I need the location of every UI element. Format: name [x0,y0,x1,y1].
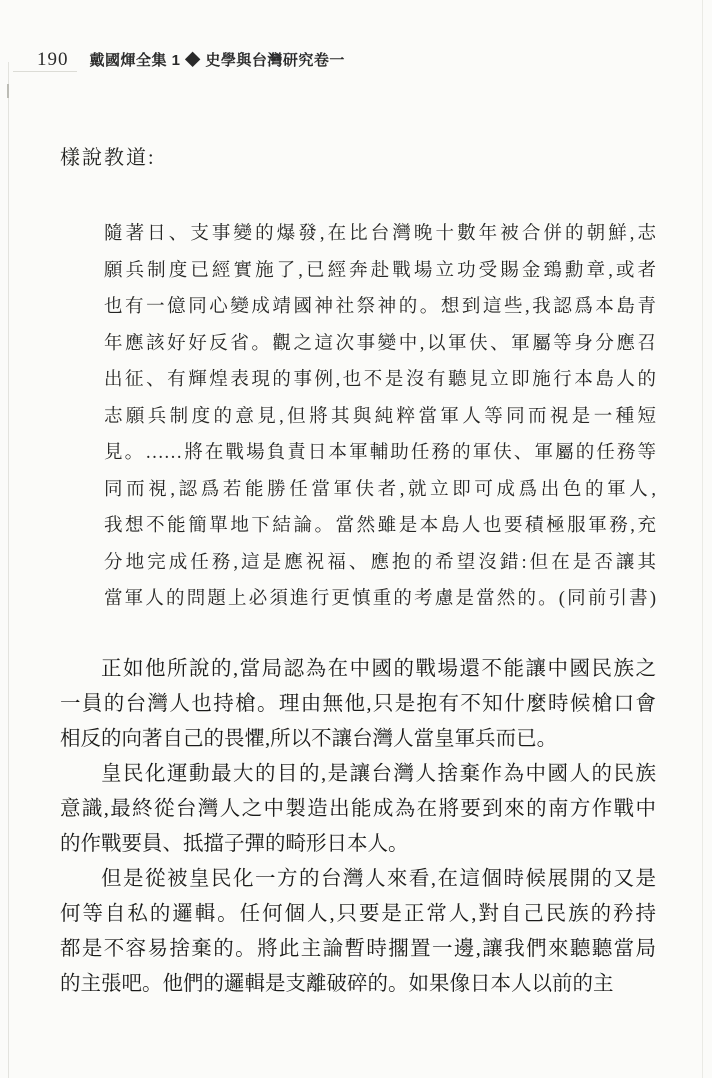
paragraph: 但是從被皇民化一方的台灣人來看,在這個時候展開的又是 何等自私的邏輯。任何個人,… [60,862,656,1002]
page-body: 樣說教道: 隨著日、支事變的爆發,在比台灣晚十數年被合併的朝鮮,志 願兵制度已經… [60,146,656,1002]
quote-line: 也有一億同心變成靖國神社祭神的。想到這些,我認爲本島青 [104,289,656,326]
quote-line: 隨著日、支事變的爆發,在比台灣晚十數年被合併的朝鮮,志 [104,216,656,253]
quote-line: 年應該好好反省。觀之這次事變中,以軍伕、軍屬等身分應召 [104,326,656,363]
quote-line: 見。……將在戰場負責日本軍輔助任務的軍伕、軍屬的任務等 [104,435,656,472]
running-title: 戴國煇全集 1 ◆ 史學與台灣研究卷一 [90,49,345,70]
page-header: 190 戴國煇全集 1 ◆ 史學與台灣研究卷一 [37,49,345,71]
body-line: 的作戰要員、抵擋子彈的畸形日本人。 [60,827,656,862]
quote-line: 當軍人的問題上必須進行更慎重的考慮是當然的。(同前引書) [104,581,656,618]
paragraph: 正如他所說的,當局認為在中國的戰場還不能讓中國民族之 一員的台灣人也持槍。理由無… [60,652,656,757]
book-page: 190 戴國煇全集 1 ◆ 史學與台灣研究卷一 樣說教道: 隨著日、支事變的爆發… [0,0,712,1078]
paragraph: 皇民化運動最大的目的,是讓台灣人捨棄作為中國人的民族 意識,最終從台灣人之中製造… [60,757,656,862]
body-line: 都是不容易捨棄的。將此主論暫時擱置一邊,讓我們來聽聽當局 [60,932,656,967]
scan-edge-mark [7,84,9,98]
block-quote: 隨著日、支事變的爆發,在比台灣晚十數年被合併的朝鮮,志 願兵制度已經實施了,已經… [104,216,656,618]
body-line: 一員的台灣人也持槍。理由無他,只是抱有不知什麼時候槍口會 [60,687,656,722]
page-number-rule [13,71,77,72]
body-line: 相反的向著自己的畏懼,所以不讓台灣人當皇軍兵而已。 [60,722,656,757]
quote-line: 分地完成任務,這是應祝福、應抱的希望沒錯:但在是否讓其 [104,545,656,582]
body-line: 意識,最終從台灣人之中製造出能成為在將要到來的南方作戰中 [60,792,656,827]
body-line: 但是從被皇民化一方的台灣人來看,在這個時候展開的又是 [60,862,656,897]
scan-edge-right [702,0,703,1078]
quote-line: 同而視,認爲若能勝任當軍伕者,就立即可成爲出色的軍人, [104,472,656,509]
scan-edge-left [8,62,9,1078]
page-number: 190 [37,49,69,71]
body-line: 正如他所說的,當局認為在中國的戰場還不能讓中國民族之 [60,652,656,687]
body-line: 何等自私的邏輯。任何個人,只要是正常人,對自己民族的矜持 [60,897,656,932]
body-line: 皇民化運動最大的目的,是讓台灣人捨棄作為中國人的民族 [60,757,656,792]
quote-line: 志願兵制度的意見,但將其與純粹當軍人等同而視是一種短 [104,399,656,436]
quote-line: 我想不能簡單地下結論。當然雖是本島人也要積極服軍務,充 [104,508,656,545]
quote-line: 願兵制度已經實施了,已經奔赴戰場立功受賜金鵄勳章,或者 [104,253,656,290]
quote-line: 出征、有輝煌表現的事例,也不是沒有聽見立即施行本島人的 [104,362,656,399]
body-line: 的主張吧。他們的邏輯是支離破碎的。如果像日本人以前的主 [60,967,656,1002]
continuation-line: 樣說教道: [60,146,656,170]
